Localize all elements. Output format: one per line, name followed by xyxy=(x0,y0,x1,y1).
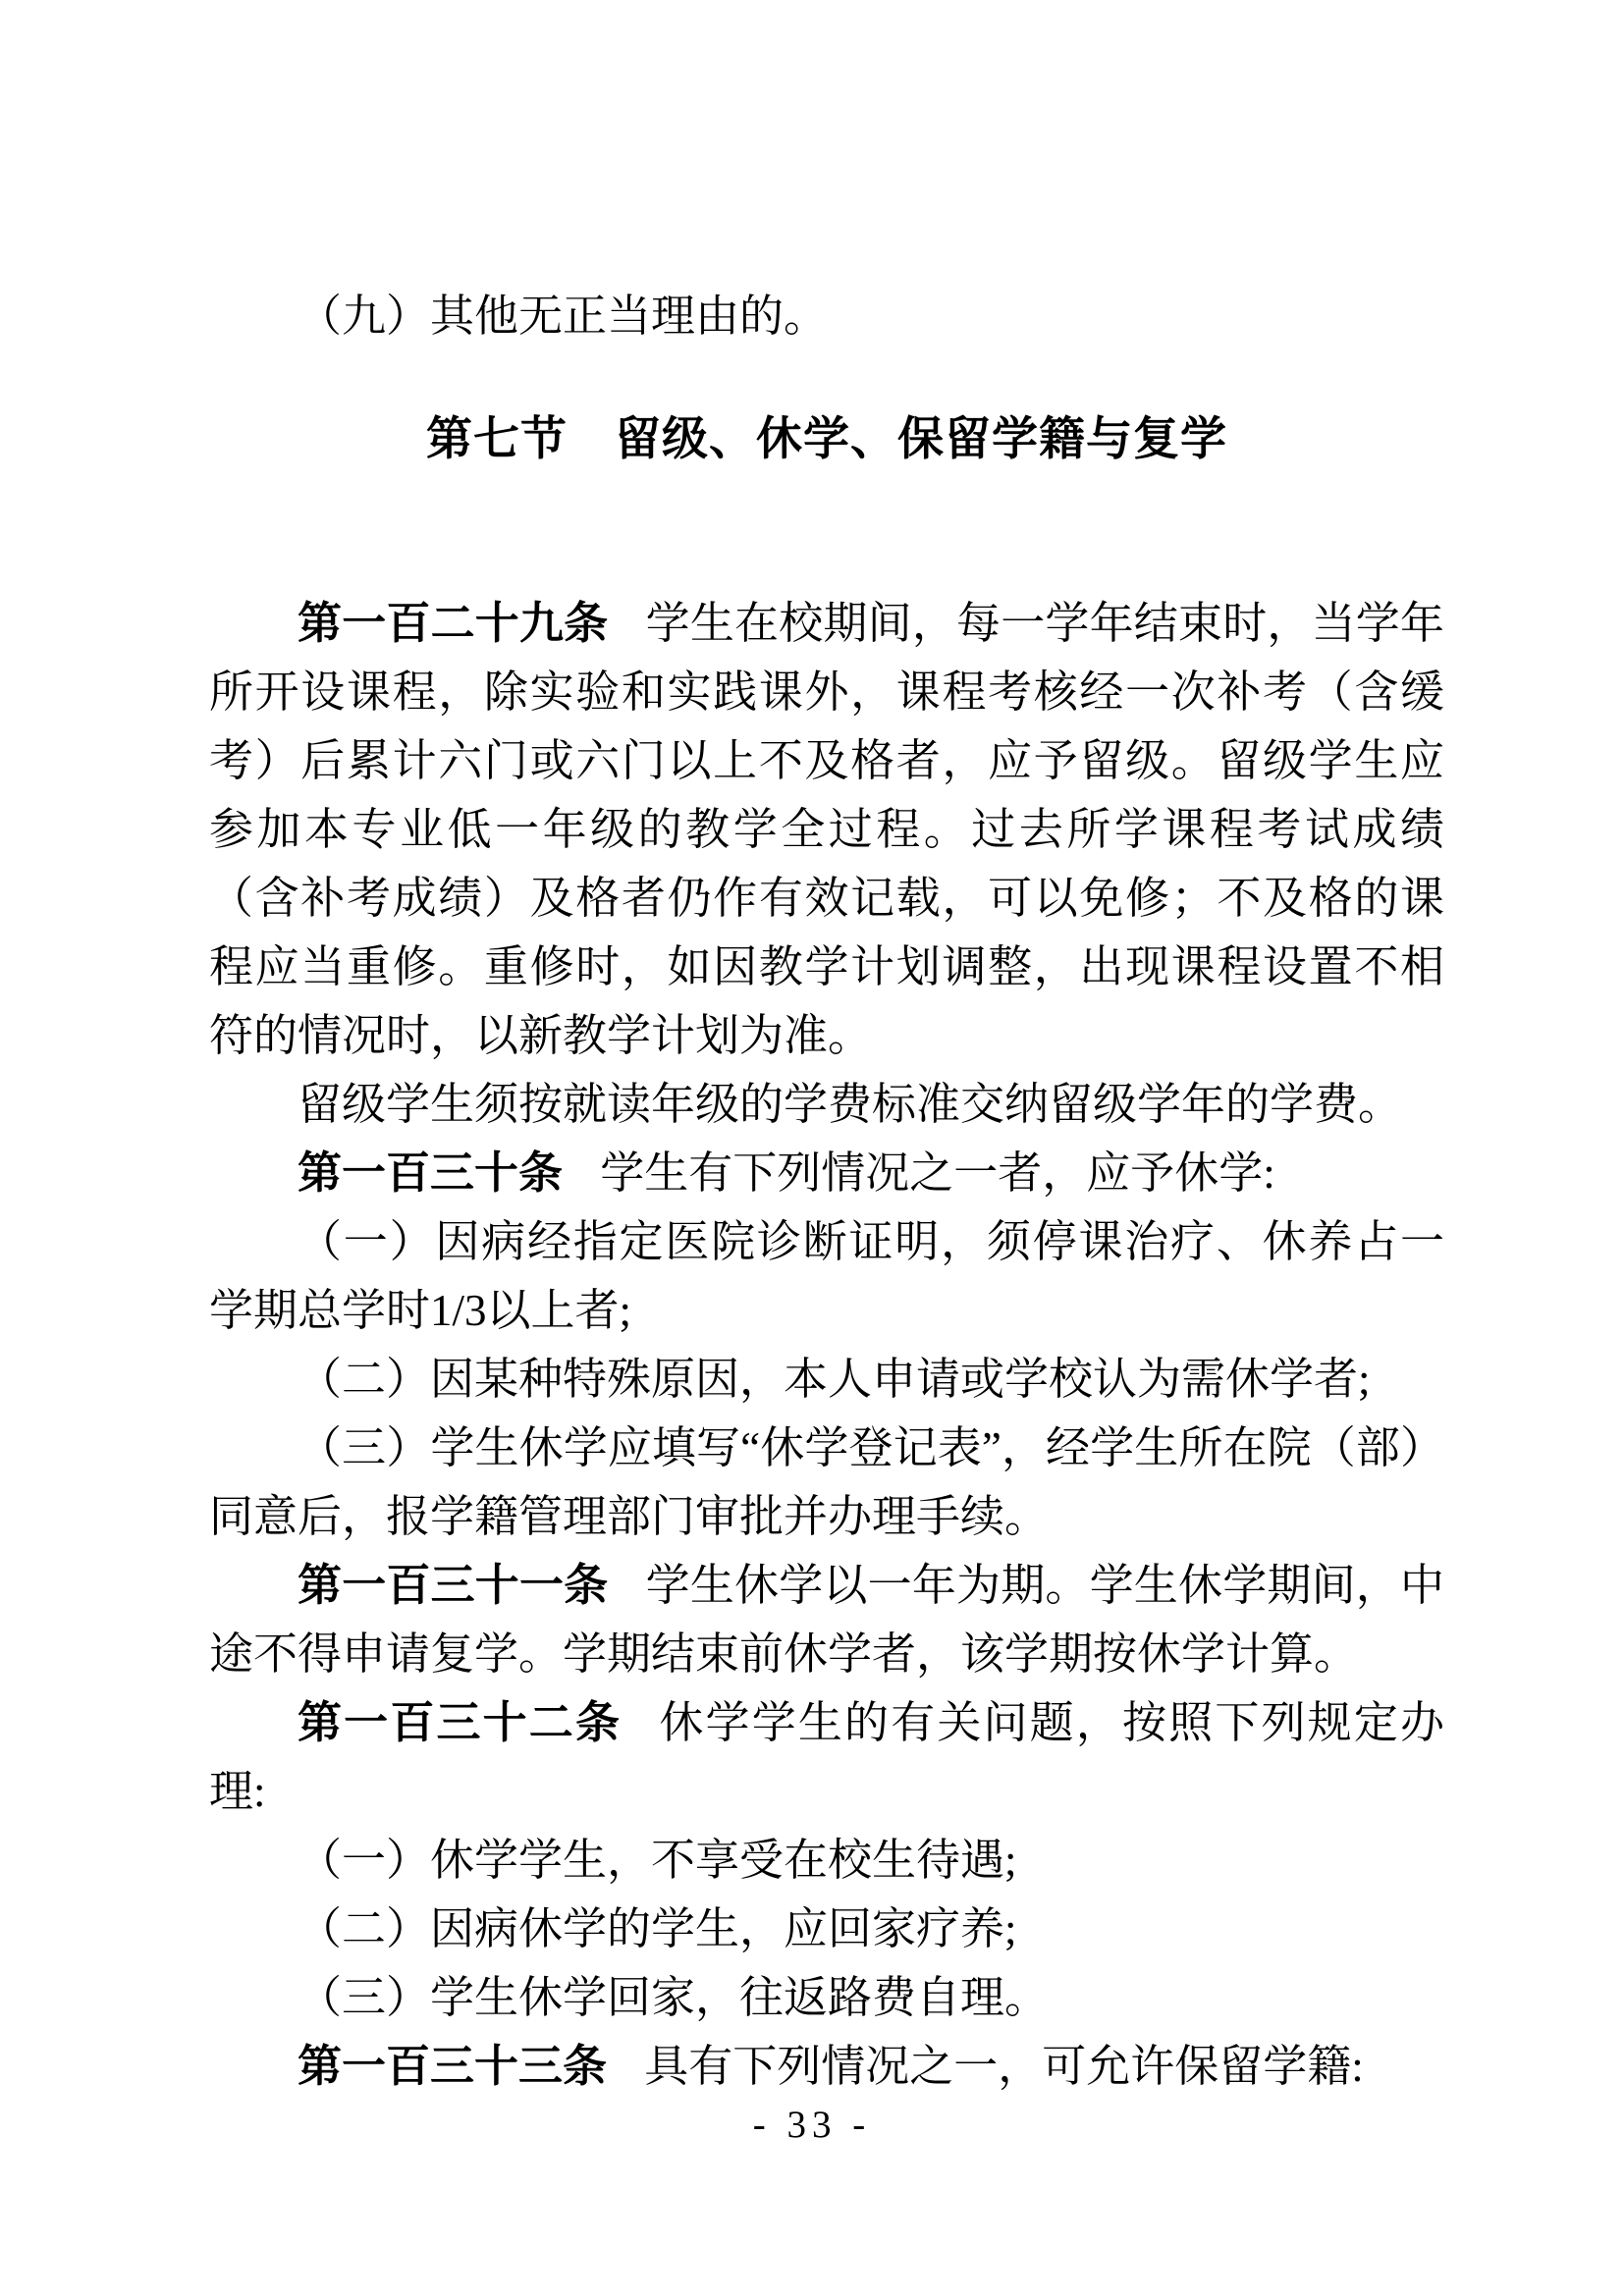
page-content: （九）其他无正当理由的。 第七节 留级、休学、保留学籍与复学 第一百二十九条学生… xyxy=(209,282,1444,2101)
document-page: （九）其他无正当理由的。 第七节 留级、休学、保留学籍与复学 第一百二十九条学生… xyxy=(0,0,1624,2296)
body-paragraph: 第一百三十条学生有下列情况之一者，应予休学: xyxy=(209,1139,1444,1207)
body-paragraph: （一）因病经指定医院诊断证明，须停课治疗、休养占一学期总学时1/3以上者; xyxy=(209,1207,1444,1345)
page-number-footer: - 33 - xyxy=(0,2101,1624,2150)
paragraph-text: （一）休学学生，不享受在校生待遇; xyxy=(298,1836,1017,1885)
section-heading: 第七节 留级、休学、保留学籍与复学 xyxy=(209,404,1444,473)
paragraph-text: 留级学生须按就读年级的学费标准交纳留级学年的学费。 xyxy=(298,1080,1402,1129)
list-item-nine: （九）其他无正当理由的。 xyxy=(209,282,1444,350)
article-number: 第一百三十三条 xyxy=(298,2041,607,2091)
paragraph-text: （三）学生休学回家，往返路费自理。 xyxy=(298,1973,1049,2022)
body-paragraph: （一）休学学生，不享受在校生待遇; xyxy=(209,1826,1444,1895)
body-paragraph: （二）因某种特殊原因，本人申请或学校认为需休学者; xyxy=(209,1345,1444,1414)
paragraph-text: （三）学生休学应填写“休学登记表”，经学生所在院（部）同意后，报学籍管理部门审批… xyxy=(209,1423,1444,1541)
paragraph-text: 具有下列情况之一，可允许保留学籍: xyxy=(644,2042,1364,2091)
body-paragraph: （三）学生休学回家，往返路费自理。 xyxy=(209,1963,1444,2032)
body-paragraph: 第一百二十九条学生在校期间，每一学年结束时，当学年所开设课程，除实验和实践课外，… xyxy=(209,589,1444,1070)
article-number: 第一百三十条 xyxy=(298,1148,563,1198)
body-paragraph: 留级学生须按就读年级的学费标准交纳留级学年的学费。 xyxy=(209,1070,1444,1139)
body-paragraph: （二）因病休学的学生，应回家疗养; xyxy=(209,1895,1444,1963)
paragraph-text: 学生在校期间，每一学年结束时，当学年所开设课程，除实验和实践课外，课程考核经一次… xyxy=(209,599,1444,1060)
body-paragraph: 第一百三十二条休学学生的有关问题，按照下列规定办理: xyxy=(209,1688,1444,1826)
article-number: 第一百三十一条 xyxy=(298,1560,608,1610)
article-number: 第一百三十二条 xyxy=(298,1697,622,1747)
article-number: 第一百二十九条 xyxy=(298,598,608,648)
body-paragraph: （三）学生休学应填写“休学登记表”，经学生所在院（部）同意后，报学籍管理部门审批… xyxy=(209,1414,1444,1551)
paragraph-text: （二）因病休学的学生，应回家疗养; xyxy=(298,1904,1017,1953)
body-paragraph: 第一百三十三条具有下列情况之一，可允许保留学籍: xyxy=(209,2032,1444,2101)
paragraph-text: （一）因病经指定医院诊断证明，须停课治疗、休养占一学期总学时1/3以上者; xyxy=(209,1217,1444,1335)
paragraph-text: （二）因某种特殊原因，本人申请或学校认为需休学者; xyxy=(298,1355,1371,1404)
paragraph-list: 第一百二十九条学生在校期间，每一学年结束时，当学年所开设课程，除实验和实践课外，… xyxy=(209,589,1444,2101)
body-paragraph: 第一百三十一条学生休学以一年为期。学生休学期间，中途不得申请复学。学期结束前休学… xyxy=(209,1551,1444,1688)
paragraph-text: 学生有下列情况之一者，应予休学: xyxy=(600,1148,1275,1198)
